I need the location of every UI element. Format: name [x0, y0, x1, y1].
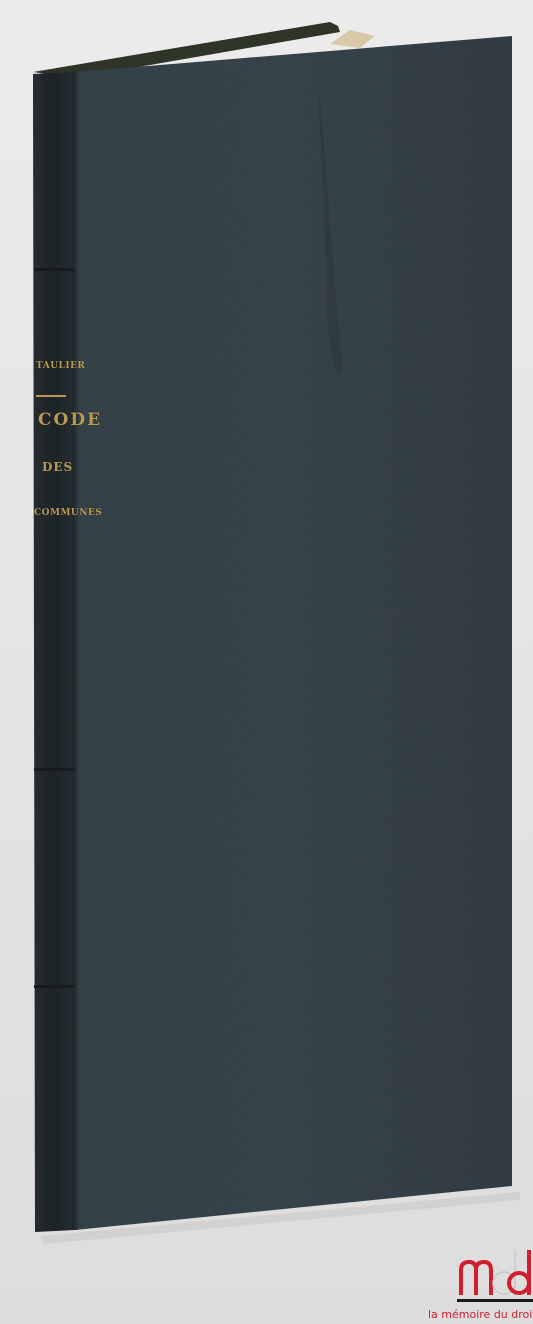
spine-title-line2: DES: [42, 460, 73, 474]
product-photo: TAULIER CODE DES COMMUNES la mémoire du …: [0, 0, 533, 1324]
spine-author: TAULIER: [36, 361, 85, 371]
spine-title-line1: CODE: [38, 410, 102, 430]
spine-gilt-rule: [36, 395, 66, 397]
spine-title-line3: COMMUNES: [34, 508, 102, 518]
logo-underline: [457, 1299, 533, 1302]
logo-tagline: la mémoire du droit: [428, 1308, 533, 1321]
book-image: [0, 0, 533, 1324]
mdd-logo: la mémoire du droit: [428, 1240, 533, 1324]
mdd-logo-icon: [428, 1240, 533, 1300]
